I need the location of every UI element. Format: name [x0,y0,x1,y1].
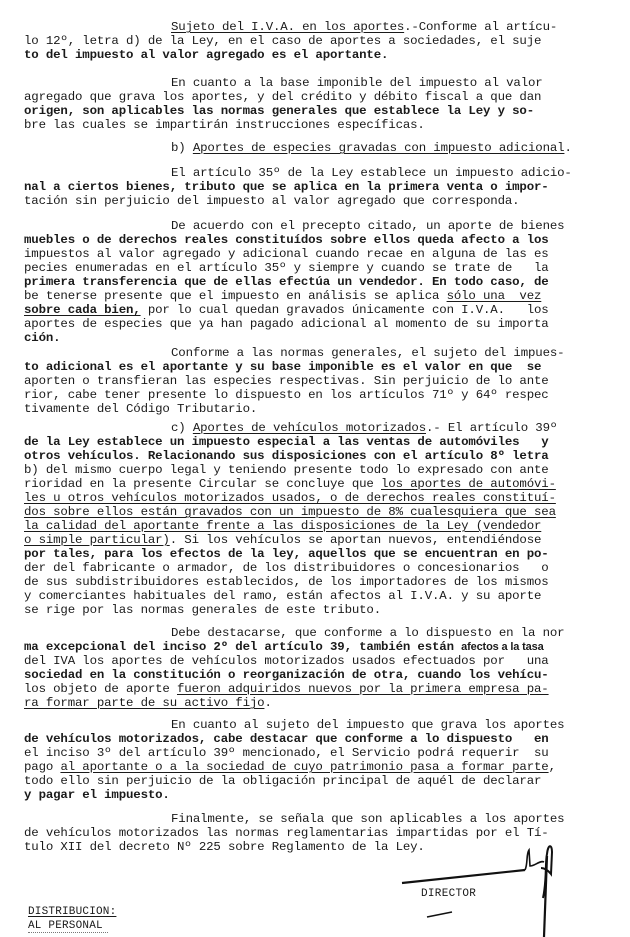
emphasis-line: dos sobre ellos están gravados con un im… [24,505,556,519]
section-b-heading-line: b) Aportes de especies gravadas con impu… [171,141,572,155]
paragraph-line: be tenerse presente que el impuesto en a… [24,289,541,303]
paragraph-line: y pagar el impuesto. [24,788,170,802]
paragraph-line: rior, cabe tener presente lo dispuesto e… [24,388,549,402]
cut-off-line [28,932,108,936]
emphasis-text: los aportes de automóvi- [381,477,556,491]
paragraph-line: nal a ciertos bienes, tributo que se apl… [24,180,549,194]
paragraph-line: ción. [24,331,60,345]
paragraph-line: ma excepcional del inciso 2º del artícul… [24,640,544,654]
paragraph-line: tivamente del Código Tributario. [24,402,257,416]
paragraph-line: b) del mismo cuerpo legal y teniendo pre… [24,463,549,477]
paragraph-line: de la Ley establece un impuesto especial… [24,435,549,449]
emphasis-text: o simple particular) [24,533,170,547]
paragraph-line: En cuanto al sujeto del impuesto que gra… [171,718,564,732]
emphasis-text: fueron adquiridos nuevos por la primera … [177,682,549,696]
paragraph-line: o simple particular). Si los vehículos s… [24,533,541,547]
paragraph-line: muebles o de derechos reales constituído… [24,233,549,247]
paragraph-line: de vehículos motorizados, cabe destacar … [24,732,549,746]
paragraph-line: pecies enumeradas en el artículo 35º y s… [24,261,549,275]
paragraph-line: aportes de especies que ya han pagado ad… [24,317,549,331]
emphasis-line: la calidad del aportante frente a las di… [24,519,541,533]
paragraph-line: Conforme a las normas generales, el suje… [171,346,564,360]
paragraph-line: Debe destacarse, que conforme a lo dispu… [171,626,564,640]
heading-sujeto-iva: Sujeto del I.V.A. en los aportes [171,20,404,34]
paragraph-line: de sus subdistribuidores establecidos, d… [24,575,549,589]
emphasis-text: ra formar parte de su activo fijo [24,696,264,710]
paragraph-line: De acuerdo con el precepto citado, un ap… [171,219,564,233]
signature-scribble-icon [380,840,630,937]
paragraph-line: der del fabricante o armador, de los dis… [24,561,549,575]
paragraph-line: pago al aportante o a la sociedad de cuy… [24,760,556,774]
handwritten-insertion: afectos a la tasa [461,641,543,653]
paragraph-line: del IVA los aportes de vehículos motoriz… [24,654,549,668]
paragraph-line: sociedad en la constitución o reorganiza… [24,668,549,682]
emphasis-text: sólo una vez [447,289,542,303]
heading-section-b: Aportes de especies gravadas con impuest… [193,141,565,155]
paragraph-line: lo 12º, letra d) de la Ley, en el caso d… [24,34,541,48]
paragraph-line: otros vehículos. Relacionando sus dispos… [24,449,549,463]
distribution-item: AL PERSONAL [28,920,103,932]
paragraph-line: origen, son aplicables las normas genera… [24,104,534,118]
paragraph-line: to del impuesto al valor agregado es el … [24,48,388,62]
paragraph-line: impuestos al valor agregado y adicional … [24,247,549,261]
paragraph-base-imponible-line: En cuanto a la base imponible del impues… [171,76,543,90]
paragraph-line: aporten o transfieran las especies respe… [24,374,549,388]
paragraph-line: los objeto de aporte fueron adquiridos n… [24,682,549,696]
paragraph-line: el inciso 3º del artículo 39º mencionado… [24,746,549,760]
paragraph-line: sobre cada bien, por lo cual quedan grav… [24,303,549,317]
paragraph-line: rioridad en la presente Circular se conc… [24,477,556,491]
document-page: Sujeto del I.V.A. en los aportes.-Confor… [0,0,630,937]
paragraph-line: Finalmente, se señala que son aplicables… [171,812,564,826]
paragraph-line: se rige por las normas generales de este… [24,603,381,617]
paragraph-line: ra formar parte de su activo fijo. [24,696,272,710]
paragraph-line: y comerciantes habituales del ramo, está… [24,589,541,603]
paragraph-line: primera transferencia que de ellas efect… [24,275,549,289]
paragraph-line: El artículo 35º de la Ley establece un i… [171,166,572,180]
paragraph-line: bre las cuales se impartirán instruccion… [24,118,425,132]
paragraph-line: por tales, para los efectos de la ley, a… [24,547,549,561]
paragraph-sujeto-iva-line-1: Sujeto del I.V.A. en los aportes.-Confor… [171,20,557,34]
paragraph-line: de vehículos motorizados las normas regl… [24,826,549,840]
emphasis-text: al aportante o a la sociedad de cuyo pat… [60,760,548,774]
paragraph-line: agregado que grava los aportes, y del cr… [24,90,541,104]
paragraph-line: todo ello sin perjuicio de la obligación… [24,774,541,788]
paragraph-line: to adicional es el aportante y su base i… [24,360,541,374]
distribution-heading: DISTRIBUCION: [28,906,116,918]
emphasis-line: les u otros vehículos motorizados usados… [24,491,556,505]
heading-section-c: Aportes de vehículos motorizados [193,421,426,435]
paragraph-line: tulo XII del decreto Nº 225 sobre Reglam… [24,840,425,854]
section-c-heading-line: c) Aportes de vehículos motorizados.- El… [171,421,557,435]
emphasis-text: sobre cada bien, [24,303,141,317]
signatory-title: DIRECTOR [421,888,476,900]
paragraph-line: tación sin perjuicio del impuesto al val… [24,194,519,208]
